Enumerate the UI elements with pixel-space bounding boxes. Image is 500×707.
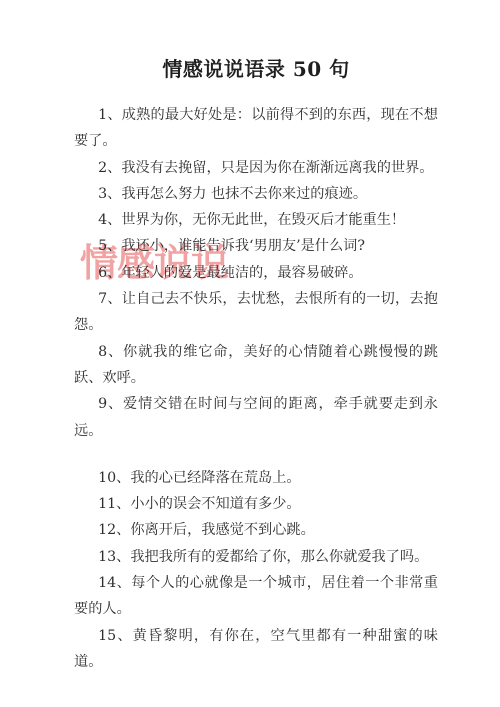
quote-line-13: 13、我把我所有的爱都给了你，那么你就爱我了吗。: [74, 544, 438, 570]
quote-line-1: 1、成熟的最大好处是：以前得不到的东西，现在不想要了。: [74, 102, 438, 155]
document-page: 情感说说 情感说说语录 50 句 1、成熟的最大好处是：以前得不到的东西，现在不…: [0, 0, 500, 707]
quote-line-7: 7、让自己去不快乐，去忧愁，去恨所有的一切，去抱怨。: [74, 286, 438, 339]
quote-line-14: 14、每个人的心就像是一个城市，居住着一个非常重要的人。: [74, 570, 438, 623]
quote-line-12: 12、你离开后，我感觉不到心跳。: [74, 517, 438, 543]
quote-line-10: 10、我的心已经降落在荒岛上。: [74, 465, 438, 491]
quote-line-6: 6、年轻人的爱是最纯洁的，最容易破碎。: [74, 260, 438, 286]
page-title: 情感说说语录 50 句: [74, 56, 438, 82]
quote-line-15: 15、黄昏黎明，有你在，空气里都有一种甜蜜的味道。: [74, 623, 438, 676]
quote-line-2: 2、我没有去挽留，只是因为你在渐渐远离我的世界。: [74, 155, 438, 181]
document-content: 情感说说语录 50 句 1、成熟的最大好处是：以前得不到的东西，现在不想要了。 …: [0, 0, 500, 675]
quote-line-5: 5、我还小，谁能告诉我‘男朋友’是什么词?: [74, 233, 438, 259]
quote-line-4: 4、世界为你，无你无此世，在毁灭后才能重生！: [74, 207, 438, 233]
quote-line-11: 11、小小的误会不知道有多少。: [74, 491, 438, 517]
quote-line-3: 3、我再怎么努力 也抹不去你来过的痕迹。: [74, 181, 438, 207]
quote-line-8: 8、你就我的维它命，美好的心情随着心跳慢慢的跳跃、欢呼。: [74, 339, 438, 392]
quote-line-9: 9、爱情交错在时间与空间的距离，牵手就要走到永远。: [74, 391, 438, 444]
